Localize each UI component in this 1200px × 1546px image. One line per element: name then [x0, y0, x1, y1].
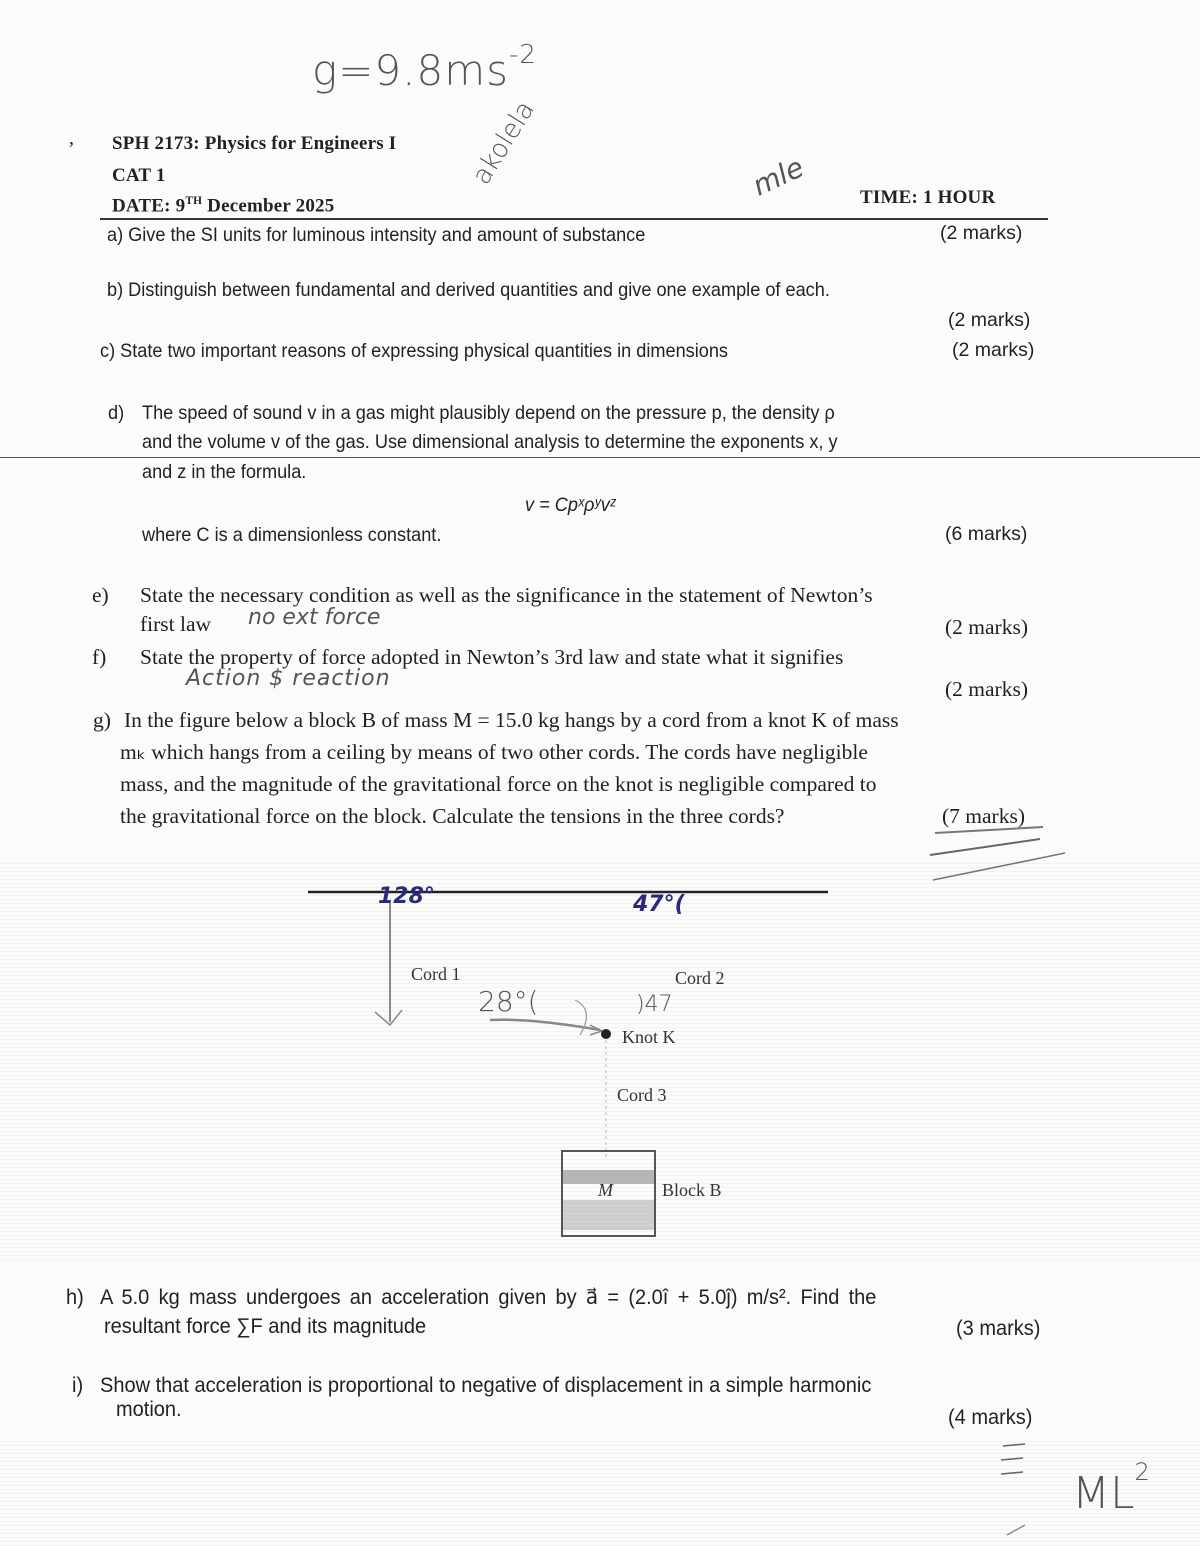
knot-label: Knot K [622, 1027, 676, 1048]
marks-e: (2 marks) [945, 615, 1028, 640]
marks-c: (2 marks) [952, 339, 1034, 362]
question-i-line2: motion. [116, 1397, 182, 1422]
handwritten-angle-28: 28°( [478, 985, 539, 1018]
question-a: a) Give the SI units for luminous intens… [107, 224, 645, 247]
question-g-line4: the gravitational force on the block. Ca… [120, 804, 784, 829]
header-rule [100, 218, 1048, 220]
question-e-line2: first law [140, 612, 211, 637]
question-h-label: h) [66, 1285, 84, 1310]
exam-date: DATE: 9TH December 2025 [112, 195, 334, 217]
marks-d: (6 marks) [945, 523, 1027, 546]
marks-h: (3 marks) [956, 1316, 1040, 1341]
handwritten-equals-marks [995, 1440, 1035, 1540]
question-h-line1: A 5.0 kg mass undergoes an acceleration … [100, 1285, 876, 1310]
handwritten-angle-47: 47°( [633, 892, 685, 917]
question-f-label: f) [92, 645, 106, 670]
question-b: b) Distinguish between fundamental and d… [107, 279, 830, 302]
question-g-line2: mₖ which hangs from a ceiling by means o… [120, 740, 868, 765]
handwritten-angle-128: 128° [378, 884, 435, 909]
handwritten-angle-cord2: )47 [636, 992, 673, 1017]
question-g-label: g) [93, 708, 111, 733]
question-d-line1: The speed of sound v in a gas might plau… [142, 402, 835, 425]
knot-figure [300, 870, 860, 1250]
exam-time: TIME: 1 HOUR [860, 187, 995, 209]
marks-i: (4 marks) [948, 1405, 1032, 1430]
cord-1-label: Cord 1 [411, 964, 461, 985]
cord-3-label: Cord 3 [617, 1085, 667, 1106]
marks-a: (2 marks) [940, 222, 1022, 245]
handwritten-initials: mle [747, 150, 808, 202]
question-e-label: e) [92, 583, 109, 608]
question-d-note: where C is a dimensionless constant. [142, 524, 441, 547]
bullet-mark: ’ [68, 138, 75, 161]
handwritten-answer-e: no ext force [248, 605, 380, 630]
handwritten-signature: akolela [467, 96, 541, 190]
question-d-line3: and z in the formula. [142, 461, 306, 484]
question-g-line3: mass, and the magnitude of the gravitati… [120, 772, 876, 797]
question-g-line1: In the figure below a block B of mass M … [124, 708, 899, 733]
handwritten-margin-note: ML2 [1072, 1458, 1150, 1519]
handwritten-gravity-note: g=9.8ms-2 [312, 40, 537, 95]
handwritten-answer-f: Action $ reaction [186, 666, 391, 691]
question-d-label: d) [108, 402, 124, 425]
marks-f: (2 marks) [945, 677, 1028, 702]
block-mass-label: M [598, 1180, 613, 1201]
marks-b: (2 marks) [948, 309, 1030, 332]
formula: v = Cpˣρʸvᶻ [525, 494, 616, 517]
cat-label: CAT 1 [112, 165, 166, 187]
question-c: c) State two important reasons of expres… [100, 340, 728, 363]
handwritten-underline-marks [925, 825, 1075, 890]
question-i-label: i) [72, 1373, 83, 1398]
question-i-line1: Show that acceleration is proportional t… [100, 1373, 871, 1398]
course-title: SPH 2173: Physics for Engineers I [112, 133, 396, 155]
question-h-line2: resultant force ∑F and its magnitude [104, 1314, 426, 1339]
scan-line [0, 457, 1200, 458]
cord-2-label: Cord 2 [675, 968, 725, 989]
block-label: Block B [662, 1180, 722, 1201]
question-d-line2: and the volume v of the gas. Use dimensi… [142, 431, 838, 454]
